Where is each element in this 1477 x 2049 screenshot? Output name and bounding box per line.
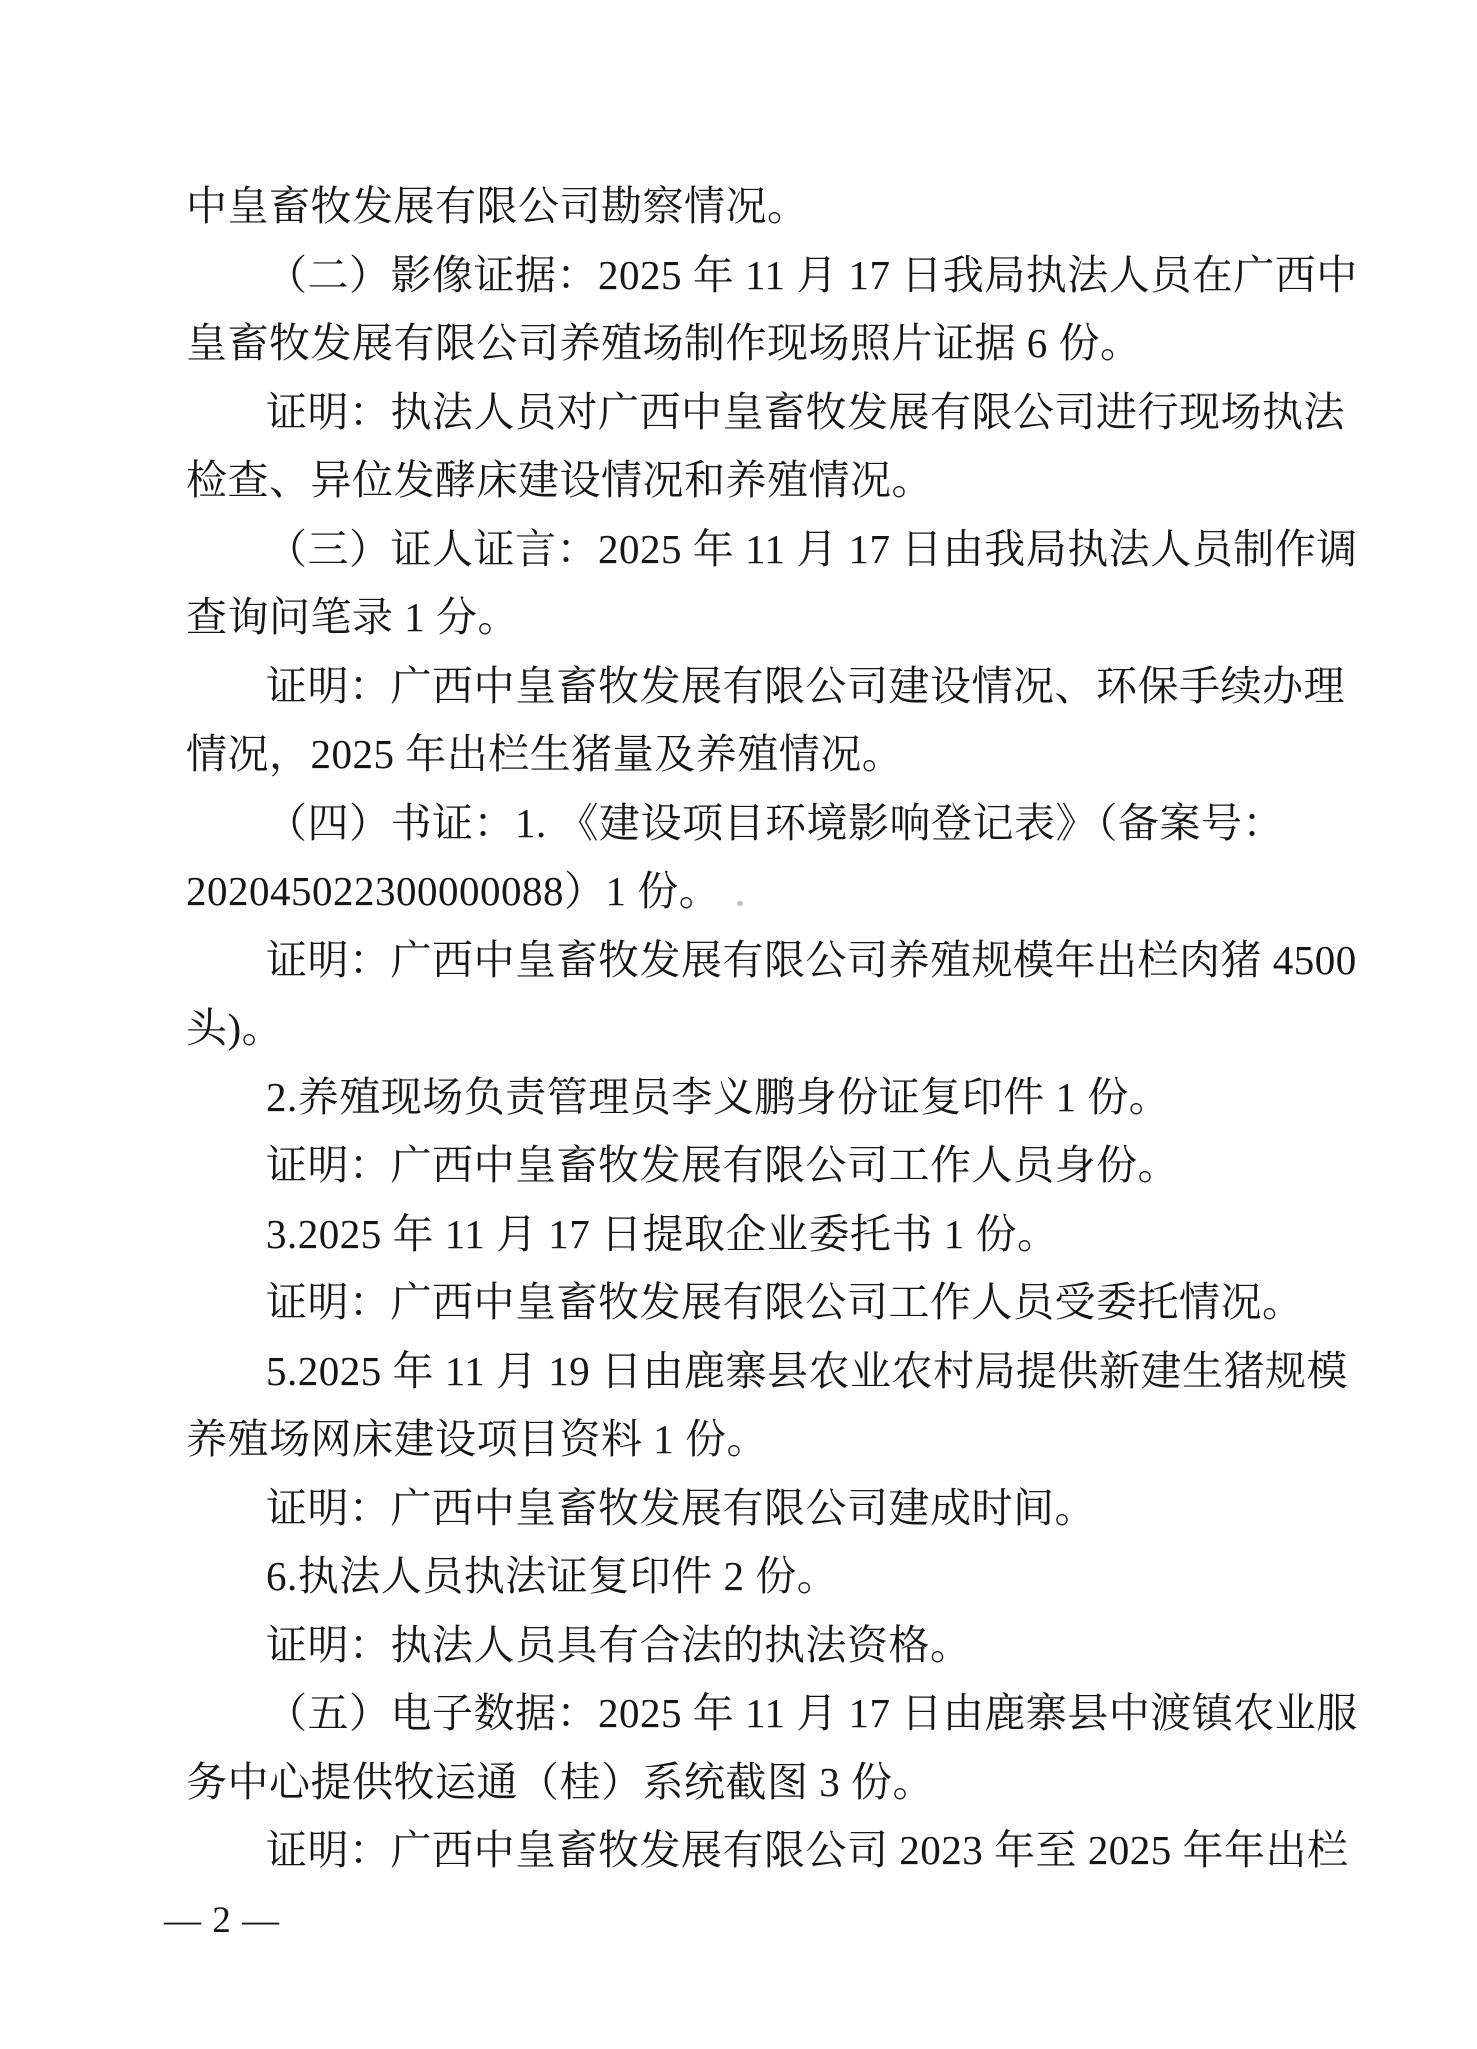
scan-artifact-dot (737, 901, 743, 906)
document-line: 头)。 (186, 994, 1426, 1063)
document-line: 情况，2025 年出栏生猪量及养殖情况。 (186, 720, 1426, 789)
document-line: 证明：广西中皇畜牧发展有限公司工作人员身份。 (186, 1131, 1426, 1200)
document-line: 证明：广西中皇畜牧发展有限公司 2023 年至 2025 年年出栏 (186, 1816, 1426, 1885)
document-line: 5.2025 年 11 月 19 日由鹿寨县农业农村局提供新建生猪规模 (186, 1337, 1426, 1406)
document-line: 证明：广西中皇畜牧发展有限公司建成时间。 (186, 1474, 1426, 1543)
document-line: 6.执法人员执法证复印件 2 份。 (186, 1542, 1426, 1611)
document-line: （五）电子数据：2025 年 11 月 17 日由鹿寨县中渡镇农业服 (186, 1679, 1426, 1748)
document-line: （四）书证：1. 《建设项目环境影响登记表》（备案号： (186, 789, 1426, 858)
document-line: 皇畜牧发展有限公司养殖场制作现场照片证据 6 份。 (186, 309, 1426, 378)
document-body: 中皇畜牧发展有限公司勘察情况。（二）影像证据：2025 年 11 月 17 日我… (186, 172, 1426, 1885)
document-line: 2.养殖现场负责管理员李义鹏身份证复印件 1 份。 (186, 1063, 1426, 1132)
document-line: （二）影像证据：2025 年 11 月 17 日我局执法人员在广西中 (186, 241, 1426, 310)
document-line: 务中心提供牧运通（桂）系统截图 3 份。 (186, 1748, 1426, 1817)
document-line: 3.2025 年 11 月 17 日提取企业委托书 1 份。 (186, 1200, 1426, 1269)
document-line: 202045022300000088）1 份。 (186, 857, 1426, 926)
document-line: 中皇畜牧发展有限公司勘察情况。 (186, 172, 1426, 241)
document-line: 养殖场网床建设项目资料 1 份。 (186, 1405, 1426, 1474)
document-line: 证明：广西中皇畜牧发展有限公司建设情况、环保手续办理 (186, 652, 1426, 721)
document-line: （三）证人证言：2025 年 11 月 17 日由我局执法人员制作调 (186, 515, 1426, 584)
document-line: 证明：广西中皇畜牧发展有限公司工作人员受委托情况。 (186, 1268, 1426, 1337)
document-line: 检查、异位发酵床建设情况和养殖情况。 (186, 446, 1426, 515)
page-number: — 2 — (164, 1901, 280, 1941)
document-line: 查询问笔录 1 分。 (186, 583, 1426, 652)
scanned-document-page: 中皇畜牧发展有限公司勘察情况。（二）影像证据：2025 年 11 月 17 日我… (0, 0, 1477, 2049)
document-line: 证明：广西中皇畜牧发展有限公司养殖规模年出栏肉猪 4500 (186, 926, 1426, 995)
document-line: 证明：执法人员对广西中皇畜牧发展有限公司进行现场执法 (186, 378, 1426, 447)
document-line: 证明：执法人员具有合法的执法资格。 (186, 1611, 1426, 1680)
